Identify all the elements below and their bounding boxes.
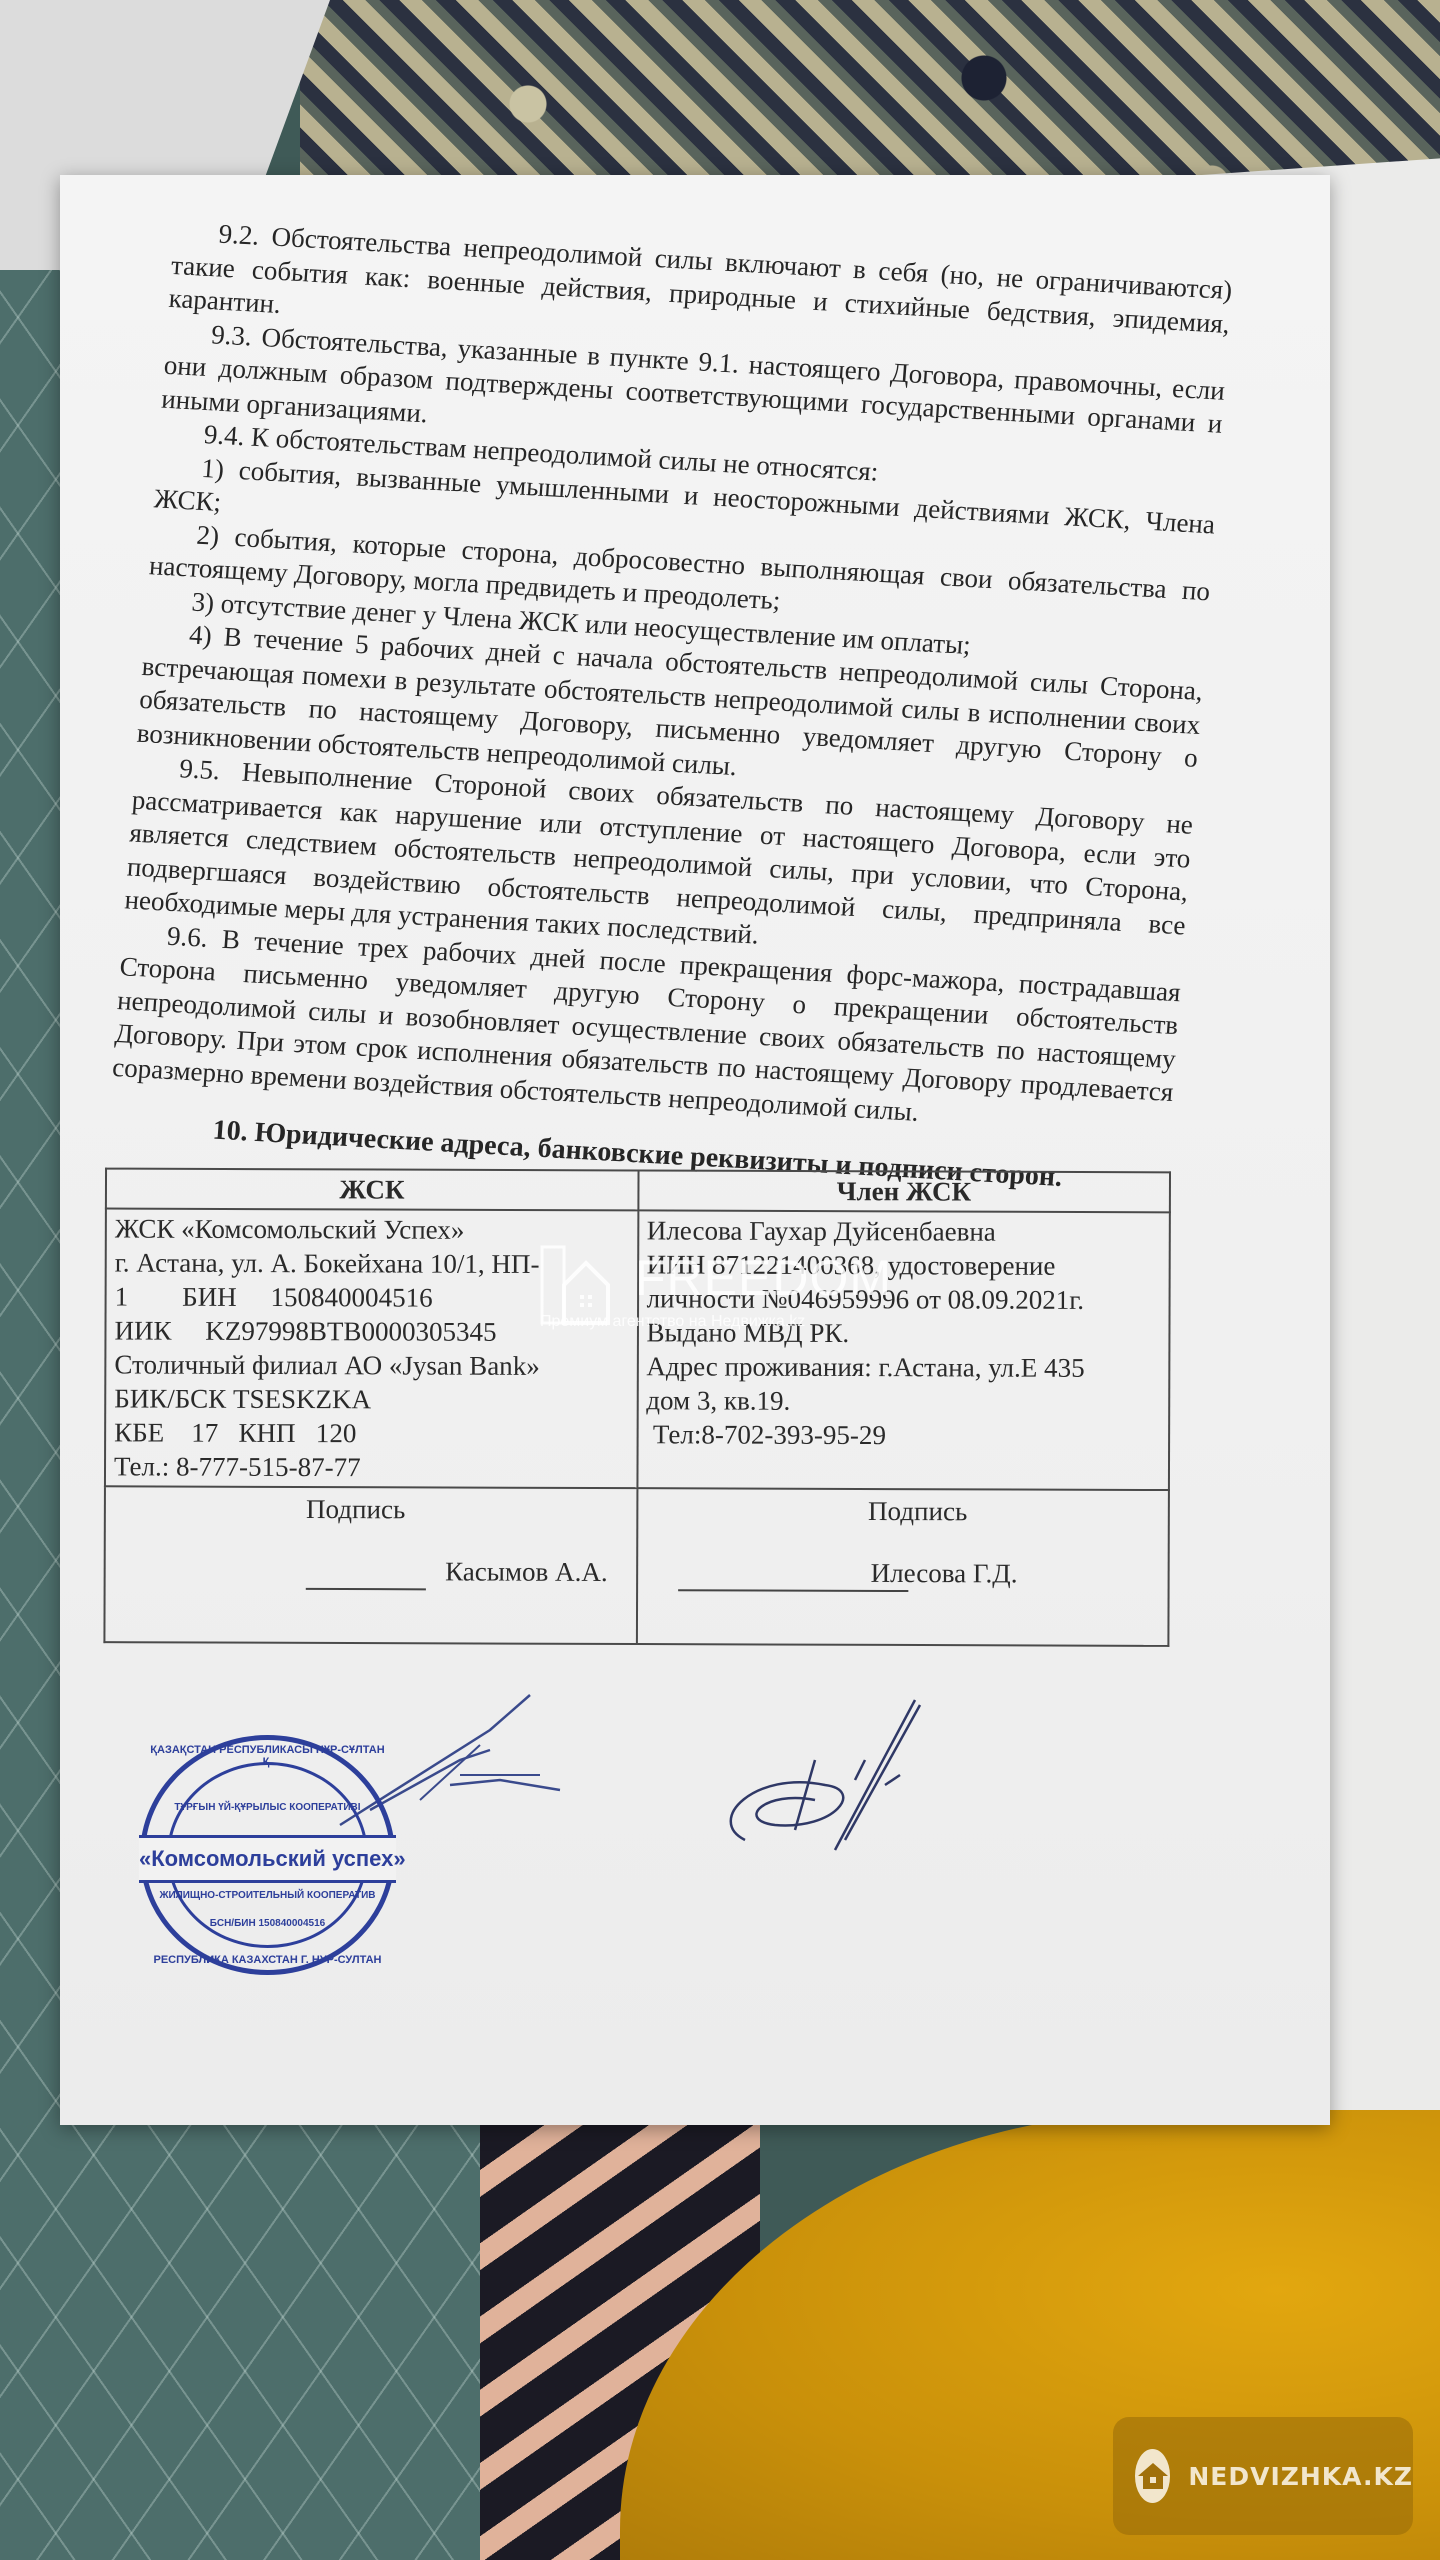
- signature-label: Подпись: [868, 1493, 967, 1527]
- table-row-signatures: Подпись Касымов А.А. Подпись Илесова Г.Д…: [104, 1486, 1168, 1646]
- member-address: Адрес проживания: г.Астана, ул.Е 435: [646, 1349, 1160, 1385]
- header-member: Член ЖСК: [638, 1170, 1170, 1212]
- freedom-watermark-subtitle: Премиум агентство на Недвижка.kz: [540, 1313, 805, 1331]
- nedvizhka-label: NEDVIZHKA.KZ: [1188, 2462, 1413, 2491]
- member-signatory: Илесова Г.Д.: [871, 1555, 1018, 1589]
- requisites-table: ЖСК Член ЖСК ЖСК «Комсомольский Успех» г…: [103, 1167, 1171, 1646]
- nedvizhka-badge: NEDVIZHKA.KZ: [1113, 2417, 1413, 2535]
- coop-kbe-knp: КБЕ 17 КНП 120: [114, 1415, 628, 1451]
- freedom-watermark-title: FREEDOM: [635, 1249, 892, 1307]
- signature-label: Подпись: [306, 1491, 405, 1525]
- header-cooperative: ЖСК: [106, 1168, 638, 1210]
- coop-phone: Тел.: 8-777-515-87-77: [114, 1449, 628, 1485]
- stamp-bin: БСН/БИН 150840004516: [145, 1918, 390, 1929]
- coop-name: ЖСК «Комсомольский Успех»: [115, 1211, 629, 1247]
- house-icon: [1135, 2449, 1170, 2503]
- cooperative-signature-cell: Подпись Касымов А.А.: [104, 1486, 637, 1644]
- member-phone: Тел:8-702-393-95-29: [646, 1417, 1160, 1453]
- cooperative-signatory: Касымов А.А.: [445, 1554, 608, 1589]
- organization-stamp: ҚАЗАҚСТАН РЕСПУБЛИКАСЫ НҰР-СҰЛТАН Қ. ТҰР…: [140, 1735, 395, 1975]
- coop-bik: БИК/БСК TSESKZKA: [114, 1381, 628, 1417]
- table-header-row: ЖСК Член ЖСК: [106, 1168, 1170, 1212]
- member-address-apt: дом 3, кв.19.: [646, 1383, 1160, 1419]
- freedom-watermark: FREEDOM Премиум агентство на Недвижка.kz: [540, 1245, 920, 1335]
- coop-bank: Столичный филиал АО «Jysan Bank»: [114, 1347, 628, 1383]
- contract-body: 9.2. Обстоятельства непреодолимой силы в…: [70, 215, 1233, 1701]
- stamp-ring-bottom-text: РЕСПУБЛИКА КАЗАХСТАН Г. НУР-СУЛТАН: [145, 1954, 390, 1966]
- stamp-upper-text: ТҰРҒЫН ҮЙ-ҚҰРЫЛЫС КООПЕРАТИВІ: [145, 1802, 390, 1813]
- signature-line: [306, 1587, 426, 1589]
- member-signature-cell: Подпись Илесова Г.Д.: [636, 1488, 1169, 1646]
- stamp-center-text: «Комсомольский успех»: [139, 1835, 396, 1883]
- stamp-lower-text: ЖИЛИЩНО-СТРОИТЕЛЬНЫЙ КООПЕРАТИВ: [145, 1890, 390, 1901]
- member-name: Илесова Гаухар Дуйсенбаевна: [647, 1213, 1161, 1249]
